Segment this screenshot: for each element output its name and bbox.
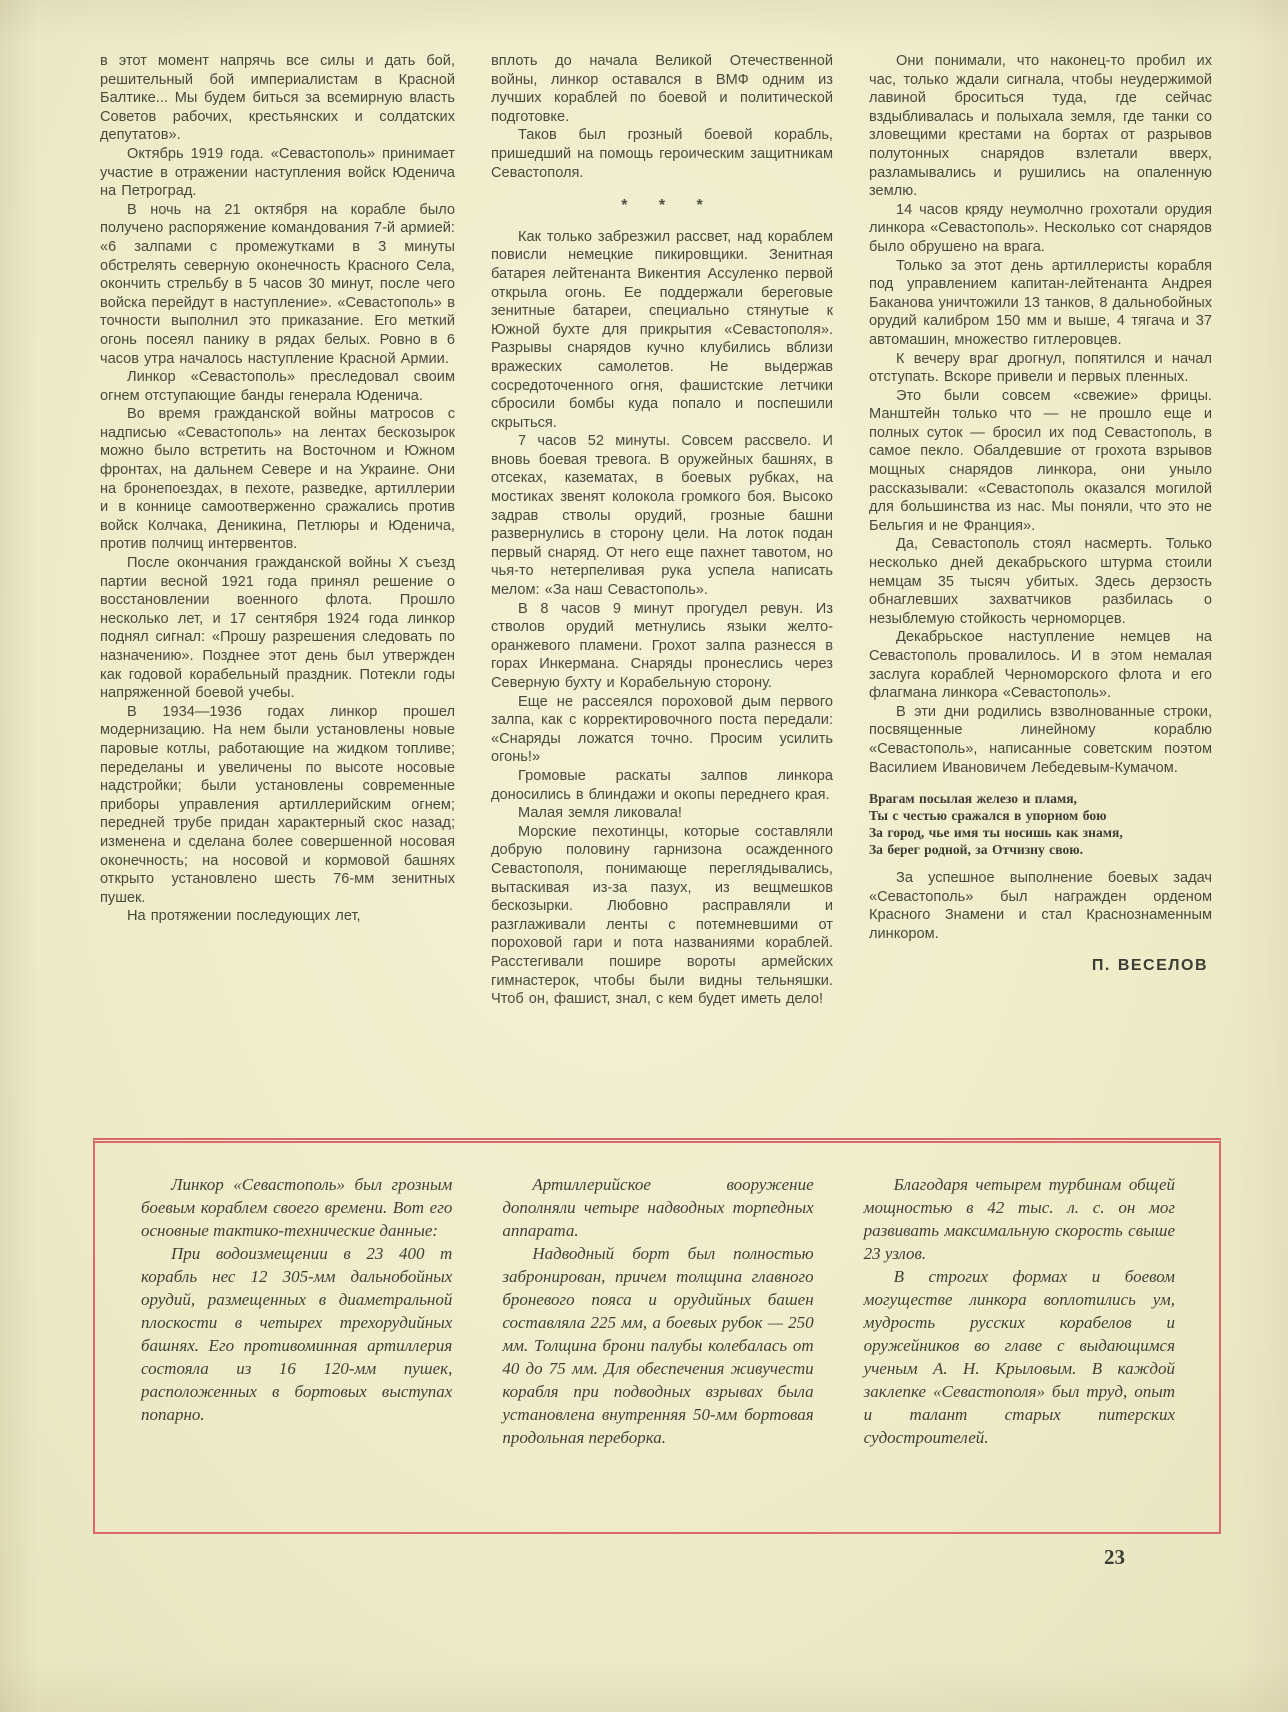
poem-line: Врагам посылая железо и пламя, xyxy=(869,790,1212,807)
paragraph: 7 часов 52 минуты. Совсем рассвело. И вн… xyxy=(491,432,833,599)
paragraph: Еще не рассеялся пороховой дым первого з… xyxy=(491,693,833,767)
paragraph: В ночь на 21 октября на корабле было пол… xyxy=(100,201,455,368)
poem-line: Ты с честью сражался в упорном бою xyxy=(869,807,1212,824)
paragraph: в этот момент напрячь все силы и дать бо… xyxy=(100,52,455,145)
column-1: в этот момент напрячь все силы и дать бо… xyxy=(100,52,455,1009)
paragraph: За успешное выполнение боевых задач «Сев… xyxy=(869,869,1212,943)
paragraph: После окончания гражданской войны X съез… xyxy=(100,554,455,703)
paragraph: На протяжении последующих лет, xyxy=(100,907,455,926)
paragraph: В 1934—1936 годах линкор прошел модерниз… xyxy=(100,703,455,908)
paragraph: Это были совсем «свежие» фрицы. Манштейн… xyxy=(869,387,1212,536)
paragraph: Благодаря четырем турбинам общей мощност… xyxy=(864,1173,1175,1265)
paragraph: Громовые раскаты залпов линкора доносили… xyxy=(491,767,833,804)
tech-box-column-2: Артиллерийское вооружение дополняли четы… xyxy=(502,1173,813,1516)
tech-box-column-3: Благодаря четырем турбинам общей мощност… xyxy=(864,1173,1175,1516)
paragraph: Как только забрезжил рассвет, над корабл… xyxy=(491,228,833,433)
poem: Врагам посылая железо и пламя, Ты с чест… xyxy=(869,790,1212,858)
paragraph: вплоть до начала Великой Отечественной в… xyxy=(491,52,833,126)
paragraph: Только за этот день артиллеристы корабля… xyxy=(869,257,1212,350)
paragraph: Линкор «Севастополь» преследовал своим о… xyxy=(100,368,455,405)
tech-specs-box: Линкор «Севастополь» был грозным боевым … xyxy=(93,1138,1221,1534)
paragraph: В эти дни родились взволнованные строки,… xyxy=(869,703,1212,777)
magazine-page: в этот момент напрячь все силы и дать бо… xyxy=(0,0,1288,1712)
paragraph: При водоизмещении в 23 400 т корабль нес… xyxy=(141,1242,452,1426)
paragraph: К вечеру враг дрогнул, попятился и начал… xyxy=(869,350,1212,387)
page-number: 23 xyxy=(1104,1545,1125,1570)
paragraph: В 8 часов 9 минут прогудел ревун. Из ств… xyxy=(491,600,833,693)
paragraph: Во время гражданской войны матросов с на… xyxy=(100,405,455,554)
paragraph: В строгих формах и боевом могуществе лин… xyxy=(864,1265,1175,1449)
paragraph: Октябрь 1919 года. «Севастополь» принима… xyxy=(100,145,455,201)
article-columns: в этот момент напрячь все силы и дать бо… xyxy=(100,52,1212,1009)
paragraph: Таков был грозный боевой корабль, пришед… xyxy=(491,126,833,182)
paragraph: Артиллерийское вооружение дополняли четы… xyxy=(502,1173,813,1242)
section-separator: * * * xyxy=(491,197,833,216)
paragraph: Да, Севастополь стоял насмерть. Только н… xyxy=(869,535,1212,628)
tech-box-column-1: Линкор «Севастополь» был грозным боевым … xyxy=(141,1173,452,1516)
paragraph: Декабрьское наступление немцев на Севаст… xyxy=(869,628,1212,702)
paragraph: Надводный борт был полностью забронирова… xyxy=(502,1242,813,1449)
paragraph: Малая земля ликовала! xyxy=(491,804,833,823)
paragraph: Линкор «Севастополь» был грозным боевым … xyxy=(141,1173,452,1242)
author-signature: П. ВЕСЕЛОВ xyxy=(869,957,1212,976)
poem-line: За город, чье имя ты носишь как знамя, xyxy=(869,824,1212,841)
paragraph: Они понимали, что наконец-то пробил их ч… xyxy=(869,52,1212,201)
paragraph: 14 часов кряду неумолчно грохотали оруди… xyxy=(869,201,1212,257)
column-2: вплоть до начала Великой Отечественной в… xyxy=(491,52,833,1009)
poem-line: За берег родной, за Отчизну свою. xyxy=(869,841,1212,858)
column-3: Они понимали, что наконец-то пробил их ч… xyxy=(869,52,1212,1009)
paragraph: Морские пехотинцы, которые составляли до… xyxy=(491,823,833,1009)
